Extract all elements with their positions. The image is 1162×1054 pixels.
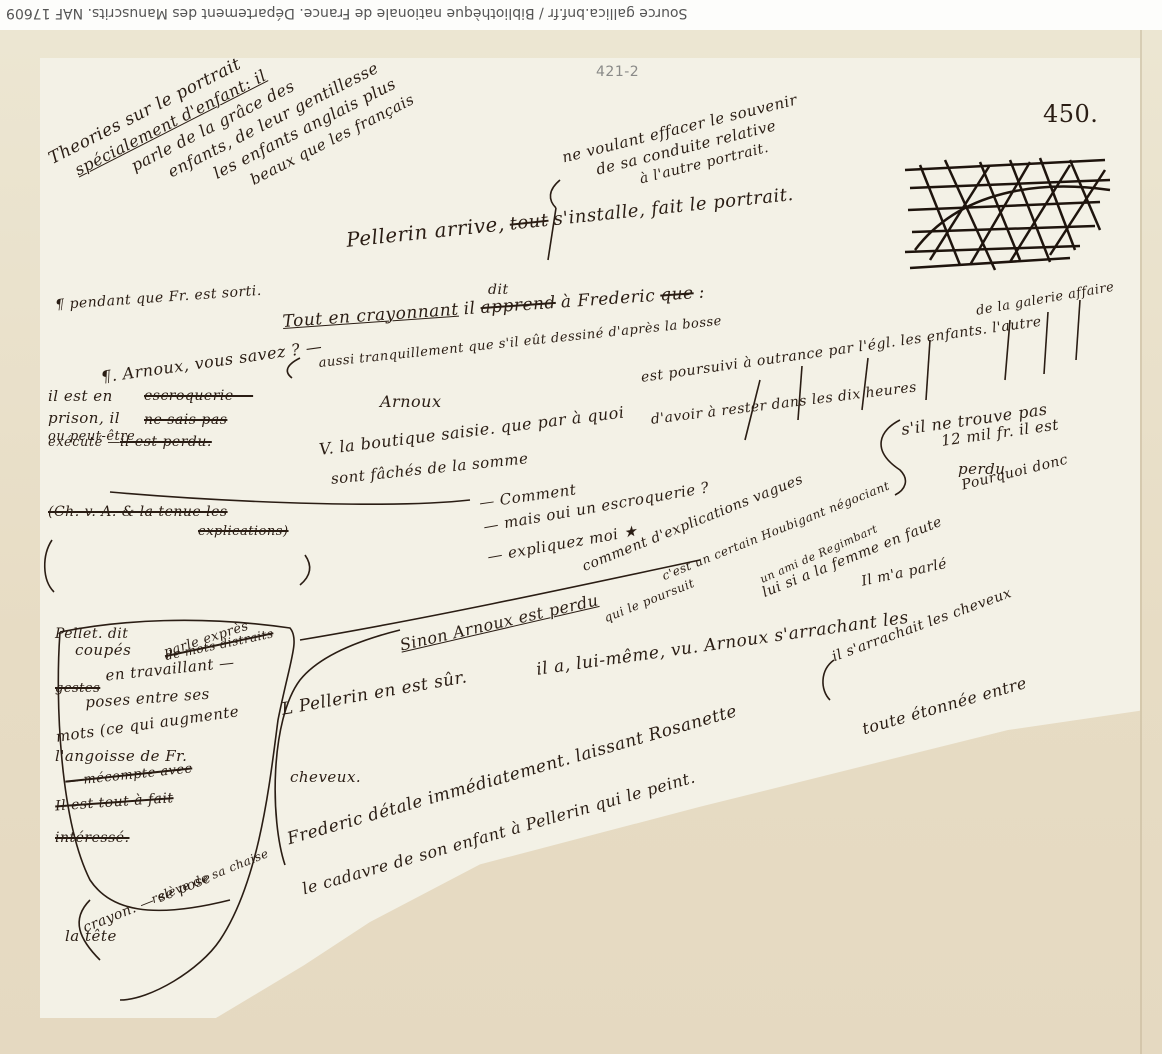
struck-text: ne sais pas [144, 410, 367, 430]
struck-text: intéressé. [55, 828, 240, 848]
source-label: Source gallica.bnf.fr / Bibliothèque nat… [6, 5, 687, 21]
folio-number: 450. [1043, 100, 1098, 128]
struck-text: que [660, 283, 695, 305]
struck-text: escroquerie — [144, 386, 367, 406]
backing-fold-line [1140, 30, 1142, 1054]
source-header-bar: Source gallica.bnf.fr / Bibliothèque nat… [0, 0, 1162, 30]
line-arnoux: Arnoux [380, 392, 441, 411]
text-span: il [463, 299, 476, 320]
crossed-out-block [900, 150, 1115, 275]
note-line: la tête [65, 926, 250, 946]
pencil-folio-number: 421-2 [596, 64, 639, 80]
struck-text: explications) [198, 522, 421, 542]
struck-text: (Ch. v. A. & la tenue les [48, 502, 271, 522]
struck-text: tout [509, 210, 550, 235]
line-cheveux: cheveux. [290, 768, 361, 786]
insert-dit: dit [488, 282, 509, 298]
left-margin-notes: ¶. Arnoux, vous savez ? — il est en escr… [48, 352, 271, 548]
text-span: : [698, 282, 706, 302]
struck-text: il est perdu. [120, 432, 343, 452]
bottom-left-boxed-note: Pellet. dit parle exprès de mots distrai… [55, 624, 240, 914]
